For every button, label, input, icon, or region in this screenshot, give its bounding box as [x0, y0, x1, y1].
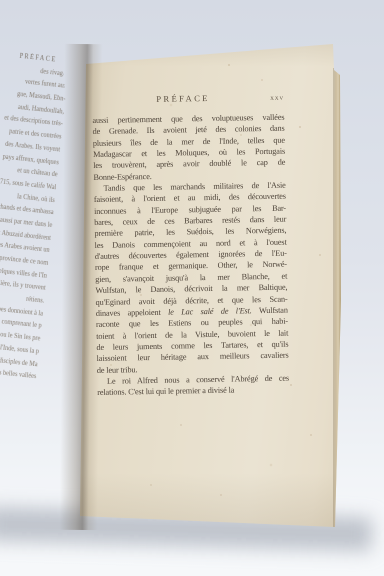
- page-fore-edge: [333, 68, 342, 532]
- page-number: XXV: [270, 93, 284, 102]
- foxing-spots: [78, 42, 80, 44]
- page-text-block: PRÉFACE XXV aussi pertinemment que des v…: [92, 92, 289, 399]
- header-title: PRÉFACE: [92, 92, 274, 105]
- text-segment: dinaves appeloient: [96, 308, 168, 318]
- left-page-text: PRÉFACE des rivages vertes furent aux gu…: [0, 42, 70, 384]
- italic-segment: le Lac salé de l'Est.: [168, 306, 252, 316]
- text-line: relations. C'est lui qui le premier a di…: [97, 384, 289, 399]
- book-photo: PRÉFACE des rivages vertes furent aux gu…: [0, 0, 384, 576]
- body-text: aussi pertinemment que des voluptueuses …: [92, 112, 289, 399]
- running-header: PRÉFACE XXV: [92, 92, 284, 107]
- text-segment: Wulfstan: [252, 305, 288, 315]
- preface-page: PRÉFACE XXV aussi pertinemment que des v…: [78, 42, 342, 532]
